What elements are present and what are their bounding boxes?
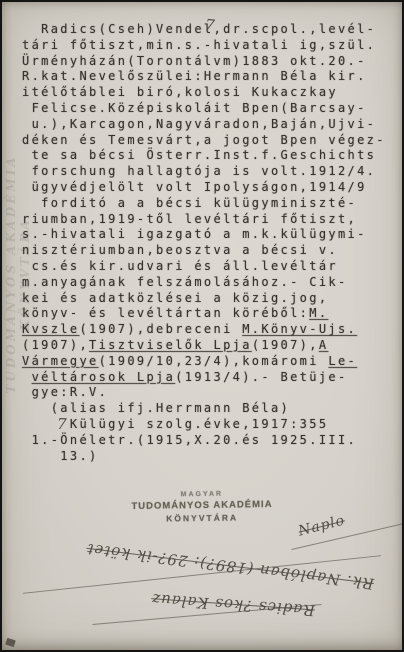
typed-text: gye:R.V.	[22, 385, 108, 399]
typed-text: könyv- és levéltártan köréből:	[22, 306, 309, 320]
typed-text: cs.és kir.udvari és áll.levéltár	[22, 259, 338, 273]
handwritten-note-right: Naplo	[297, 512, 347, 539]
typed-line: 13.)	[22, 449, 394, 465]
typed-text: (1907),	[22, 338, 89, 352]
typed-text: (1913/4).- Betüje-	[175, 370, 347, 384]
library-stamp: MAGYAR TUDOMÁNYOS AKADÉMIA KÖNYVTÁRA	[112, 490, 292, 525]
typed-line: (alias ifj.Herrmann Béla)	[22, 401, 394, 417]
typed-text: Radics(Cseh)Vendel,dr.scpol.,levél-	[22, 22, 376, 36]
underlined-title-text: véltárosok Lpja	[32, 370, 176, 384]
typed-line: 1.-Önéletr.(1915,X.20.és 1925.III.	[22, 433, 394, 449]
typed-text: ügyvédjelölt volt Ipolyságon,1914/9	[22, 180, 367, 194]
typed-text: Ürményházán(Torontálvm)1883 okt.20.-	[22, 54, 367, 68]
typewritten-text: Radics(Cseh)Vendel,dr.scpol.,levél-tári …	[22, 22, 394, 464]
typed-line: gye:R.V.	[22, 385, 394, 401]
typed-line: Vármegye(1909/10,23/4),komáromi Le-	[22, 354, 394, 370]
typed-line: (1907),Tisztviselők Lpja(1907),A	[22, 338, 394, 354]
typed-line: Ürményházán(Torontálvm)1883 okt.20.-	[22, 54, 394, 70]
typed-line: Felicse.Középiskoláit Bpen(Barcsay-	[22, 101, 394, 117]
typed-text: forschung hallagtója is volt.1912/4.	[22, 164, 376, 178]
underlined-title-text: Vármegye	[22, 354, 99, 368]
typed-line: könyv- és levéltártan köréből:M.	[22, 306, 394, 322]
stamp-line-3: KÖNYVTÁRA	[112, 512, 292, 525]
typed-line: tári főtiszt,min.s.-hivatali ig,szül.	[22, 38, 394, 54]
typed-line: cs.és kir.udvari és áll.levéltár	[22, 259, 394, 275]
corner-ink-speck	[5, 638, 16, 647]
typed-line: te sa bécsi Österr.Inst.f.Geschichts	[22, 148, 394, 164]
typed-text: m.anyagának felszámolásához.- Cik-	[22, 275, 348, 289]
typed-line: déken és Temesvárt,a jogot Bpen végez-	[22, 133, 394, 149]
typed-text: tári főtiszt,min.s.-hivatali ig,szül.	[22, 38, 376, 52]
typed-line: forditó a a bécsi külügyminiszté-	[22, 196, 394, 212]
typed-line: m.anyagának felszámolásához.- Cik-	[22, 275, 394, 291]
typed-text: (alias ifj.Herrmann Béla)	[22, 401, 290, 415]
stamp-line-1: MAGYAR	[112, 490, 292, 500]
typed-text: (1909/10,23/4),komáromi	[99, 354, 329, 368]
typed-text: (1907),	[252, 338, 319, 352]
underlined-title-text: M.	[309, 306, 328, 320]
underlined-title-text: M.Könyv-Ujs.	[242, 322, 357, 336]
pencil-mark-after-name: 7	[204, 16, 215, 35]
typed-line: itélőtáblei biró,kolosi Kukaczkay	[22, 85, 394, 101]
typed-text: Felicse.Középiskoláit Bpen(Barcsay-	[22, 101, 367, 115]
typed-text: R.kat.Nevelőszülei:Hermann Béla kir.	[22, 69, 367, 83]
scanned-index-card: TUDOMÁNYOS AKADÉMIA KÖNYVTÁRA Radics(Cse…	[0, 0, 404, 652]
typed-text: 13.)	[22, 449, 99, 463]
typed-text: riumban,1919-től levéltári főtiszt,	[22, 212, 357, 226]
typed-line: Külügyi szolg.évke,1917:355	[22, 417, 394, 433]
typed-line: s.-hivatali igazgató a m.k.külügymi-	[22, 227, 394, 243]
typed-text: s.-hivatali igazgató a m.k.külügymi-	[22, 227, 367, 241]
typed-line: Kvszle(1907),debreceni M.Könyv-Ujs.	[22, 322, 394, 338]
typed-line: ügyvédjelölt volt Ipolyságon,1914/9	[22, 180, 394, 196]
underlined-title-text: Kvszle	[22, 322, 79, 336]
typed-line: nisztériumban,beosztva a bécsi v.	[22, 243, 394, 259]
underlined-title-text: A	[319, 338, 329, 352]
underlined-title-text: Tisztviselők Lpja	[89, 338, 252, 352]
typed-text: te sa bécsi Österr.Inst.f.Geschichts	[22, 148, 376, 162]
typed-line: forschung hallagtója is volt.1912/4.	[22, 164, 394, 180]
typed-line: kei és adatközlései a közig.jog,	[22, 291, 394, 307]
typed-text: forditó a a bécsi külügyminiszté-	[22, 196, 357, 210]
typed-text: u.),Karcagon,Nagyváradon,Baján,Ujvi-	[22, 117, 376, 131]
typed-text	[22, 370, 32, 384]
typed-line: véltárosok Lpja(1913/4).- Betüje-	[22, 370, 394, 386]
pencil-mark-before-alias: 7	[57, 415, 67, 433]
underlined-title-text: Le-	[328, 354, 357, 368]
typed-text: (1907),debreceni	[79, 322, 242, 336]
typed-text: itélőtáblei biró,kolosi Kukaczkay	[22, 85, 338, 99]
typed-text: kei és adatközlései a közig.jog,	[22, 291, 328, 305]
stamp-line-2: TUDOMÁNYOS AKADÉMIA	[112, 499, 292, 513]
typed-line: R.kat.Nevelőszülei:Hermann Béla kir.	[22, 69, 394, 85]
typed-text: 1.-Önéletr.(1915,X.20.és 1925.III.	[22, 433, 357, 447]
typed-line: riumban,1919-től levéltári főtiszt,	[22, 212, 394, 228]
typed-line: u.),Karcagon,Nagyváradon,Baján,Ujvi-	[22, 117, 394, 133]
typed-text: Külügyi szolg.évke,1917:355	[22, 417, 328, 431]
typed-text: déken és Temesvárt,a jogot Bpen végez-	[22, 133, 386, 147]
typed-text: nisztériumban,beosztva a bécsi v.	[22, 243, 338, 257]
